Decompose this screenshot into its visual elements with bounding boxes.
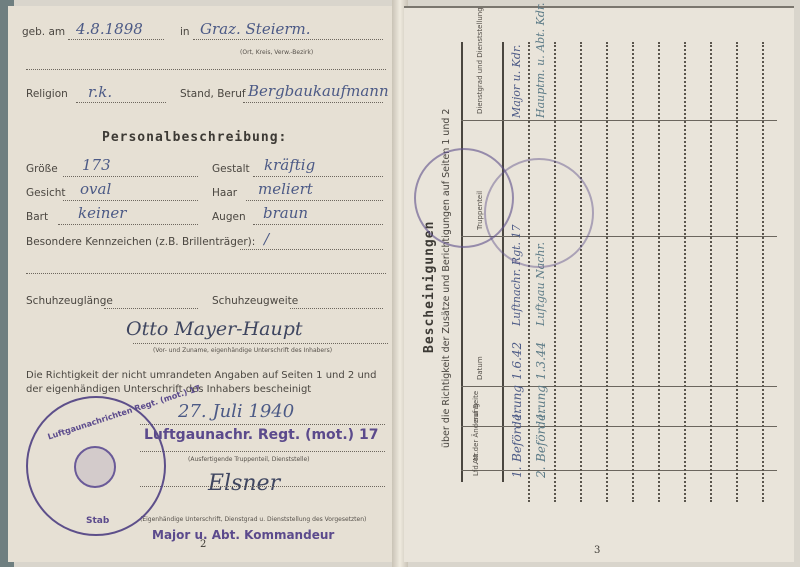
col-header-page: auf Seite (472, 391, 480, 422)
dotted-column (658, 42, 660, 502)
row2-date: 1.3.44 (534, 342, 548, 380)
row-divider (461, 470, 777, 471)
field-label-face: Gesicht (26, 187, 66, 199)
dotted-line (63, 176, 198, 177)
dotted-column (710, 42, 712, 502)
special-marks-value: / (264, 230, 269, 248)
officer-signature: Elsner (208, 471, 280, 496)
dotted-line (240, 249, 383, 250)
unit-stamp: Luftgaunachr. Regt. (mot.) 17 (144, 427, 378, 443)
row2-page: 1. (534, 409, 548, 420)
field-value-face: oval (80, 180, 111, 198)
place-hint: (Ort, Kreis, Verw.-Bezirk) (240, 49, 313, 56)
dotted-line (193, 39, 383, 40)
shoe-length-label: Schuhzeuglänge (26, 295, 113, 307)
dotted-line (76, 102, 166, 103)
in-value: Graz. Steierm. (200, 20, 311, 38)
field-label-build: Gestalt (212, 163, 250, 175)
right-page-title: Bescheinigungen (422, 221, 437, 353)
dotted-line (140, 424, 385, 425)
dotted-line (26, 273, 386, 274)
field-label-height: Größe (26, 163, 58, 175)
dotted-line (68, 39, 164, 40)
dotted-line (140, 486, 385, 487)
dotted-column (762, 42, 764, 502)
officer-hint: (Eigenhändige Unterschrift, Dienstgrad u… (140, 516, 366, 523)
dotted-column (606, 42, 608, 502)
dotted-line (253, 224, 383, 225)
dotted-line (253, 176, 383, 177)
dotted-line (104, 308, 198, 309)
section-title: Personalbeschreibung: (102, 130, 287, 145)
row1-nr: 1. (510, 467, 524, 478)
dotted-line (133, 343, 388, 344)
stamp-emblem-placeholder (74, 446, 116, 488)
field-value-eyes: braun (263, 204, 308, 222)
cert-date: 27. Juli 1940 (178, 401, 294, 422)
dotted-column (684, 42, 686, 502)
field-label-beard: Bart (26, 211, 48, 223)
row2-nr: 2. (534, 467, 548, 478)
dotted-column (736, 42, 738, 502)
field-value-build: kräftig (264, 156, 315, 174)
field-label-eyes: Augen (212, 211, 246, 223)
row1-change: Beförderung (510, 385, 524, 462)
row-divider (461, 426, 777, 427)
field-value-height: 173 (82, 156, 111, 174)
table-border-left (461, 42, 463, 482)
holder-signature: Otto Mayer-Haupt (126, 318, 303, 340)
dotted-column (554, 42, 556, 502)
row1-rank: Major u. Kdr. (510, 45, 523, 119)
col-header-date: Datum (476, 356, 484, 380)
row1-date: 1.6.42 (510, 342, 524, 380)
field-value-beard: keiner (78, 204, 126, 222)
right-page: Bescheinigungen über die Richtigkeit der… (404, 6, 794, 562)
left-page: geb. am 4.8.1898 in Graz. Steierm. (Ort,… (8, 6, 396, 562)
special-marks-label: Besondere Kennzeichen (z.B. Brillenträge… (26, 236, 255, 248)
religion-label: Religion (26, 88, 68, 100)
dotted-line (26, 69, 386, 70)
dotted-line (243, 102, 383, 103)
row-divider (461, 120, 777, 121)
stamp-text-bottom: Stab (86, 516, 109, 526)
field-value-hair: meliert (258, 180, 313, 198)
row1-page: 1. (510, 409, 524, 420)
field-label-hair: Haar (212, 187, 237, 199)
page-number-right: 3 (594, 545, 600, 556)
row2-change: Beförderung (534, 385, 548, 462)
row-divider (461, 386, 777, 387)
religion-value: r.k. (88, 83, 112, 101)
col-header-rank: Dienstgrad und Dienststellung (476, 7, 484, 114)
table-border-inner (502, 42, 504, 482)
dotted-line (63, 200, 198, 201)
born-label: geb. am (22, 26, 65, 38)
occupation-label: Stand, Beruf (180, 88, 246, 100)
shoe-width-label: Schuhzeugweite (212, 295, 298, 307)
dotted-line (246, 200, 383, 201)
unit-hint: (Ausfertigende Truppenteil, Dienststelle… (188, 456, 310, 463)
dotted-line (140, 451, 385, 452)
dotted-column (528, 42, 530, 502)
dotted-line (290, 308, 383, 309)
born-value: 4.8.1898 (76, 20, 143, 38)
row2-rank: Hauptm. u. Abt. Kdr. (534, 3, 547, 118)
dotted-column (632, 42, 634, 502)
dotted-line (58, 224, 198, 225)
occupation-value: Bergbaukaufmann (248, 82, 389, 100)
in-label: in (180, 26, 190, 38)
dotted-column (580, 42, 582, 502)
officer-title: Major u. Abt. Kommandeur (152, 528, 334, 542)
official-stamp-right-2 (484, 158, 594, 268)
page-number-left: 2 (200, 539, 206, 550)
certification-text-line1: Die Richtigkeit der nicht umrandeten Ang… (26, 369, 376, 383)
holder-signature-hint: (Vor- und Zuname, eigenhändige Unterschr… (153, 347, 332, 354)
